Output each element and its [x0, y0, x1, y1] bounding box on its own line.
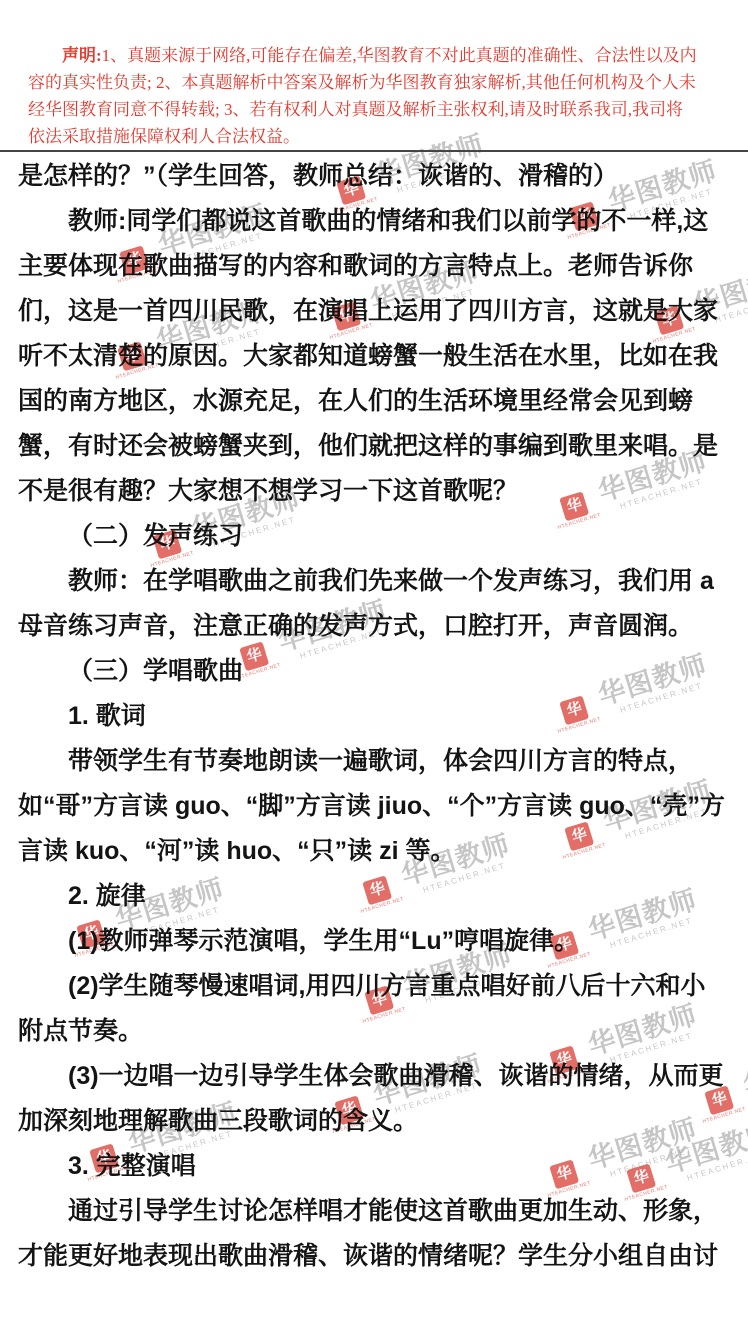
body-paragraph: (2)学生随琴慢速唱词,用四川方言重点唱好前八后十六和小附点节奏。	[18, 964, 730, 1054]
body-paragraph: (1)教师弹琴示范演唱，学生用“Lu”哼唱旋律。	[18, 919, 730, 964]
body-paragraph: (3)一边唱一边引导学生体会歌曲滑稽、诙谐的情绪，从而更加深刻地理解歌曲三段歌词…	[18, 1054, 730, 1144]
subsection-heading: 1. 歌词	[18, 694, 730, 739]
lesson-plan-text: 是怎样的？”（学生回答，教师总结：诙谐的、滑稽的） 教师:同学们都说这首歌曲的情…	[0, 152, 748, 1279]
disclaimer-label: 声明:	[62, 46, 102, 65]
subsection-heading: 2. 旋律	[18, 874, 730, 919]
disclaimer-text: 1、真题来源于网络,可能存在偏差,华图教育不对此真题的准确性、合法性以及内 容的…	[28, 46, 697, 146]
body-paragraph: 是怎样的？”（学生回答，教师总结：诙谐的、滑稽的）	[18, 154, 730, 199]
body-paragraph: 通过引导学生讨论怎样唱才能使这首歌曲更加生动、形象，才能更好地表现出歌曲滑稽、诙…	[18, 1189, 730, 1279]
body-paragraph: 教师：在学唱歌曲之前我们先来做一个发声练习，我们用 a 母音练习声音，注意正确的…	[18, 559, 730, 649]
body-paragraph: 带领学生有节奏地朗读一遍歌词，体会四川方言的特点，如“哥”方言读 guo、“脚”…	[18, 739, 730, 874]
section-heading: （二）发声练习	[18, 514, 730, 559]
subsection-heading: 3. 完整演唱	[18, 1144, 730, 1189]
disclaimer-notice: 声明:1、真题来源于网络,可能存在偏差,华图教育不对此真题的准确性、合法性以及内…	[0, 0, 748, 150]
section-heading: （三）学唱歌曲	[18, 649, 730, 694]
page-content: 声明:1、真题来源于网络,可能存在偏差,华图教育不对此真题的准确性、合法性以及内…	[0, 0, 748, 1279]
document-page: 华 HTEACHER.NET 华图教师 HTEACHER.NET 华 HTEAC…	[0, 0, 748, 1335]
body-paragraph: 教师:同学们都说这首歌曲的情绪和我们以前学的不一样,这主要体现在歌曲描写的内容和…	[18, 199, 730, 514]
